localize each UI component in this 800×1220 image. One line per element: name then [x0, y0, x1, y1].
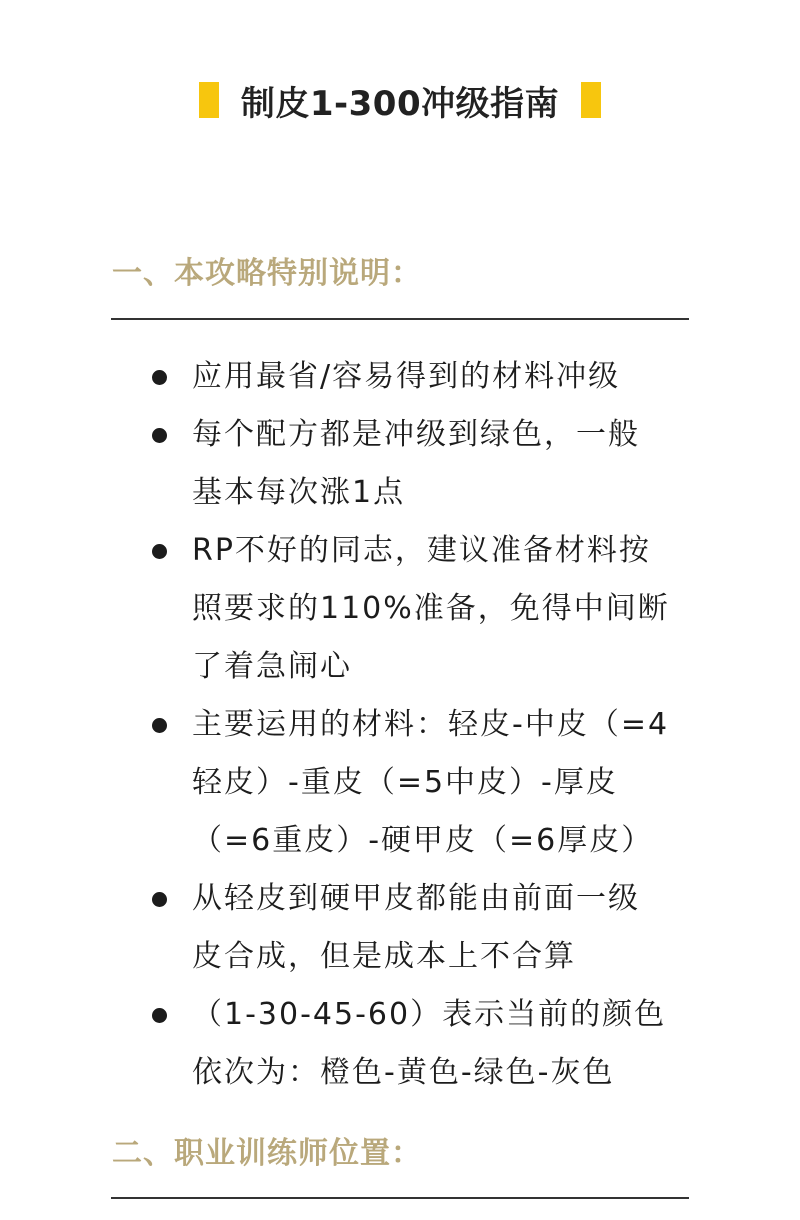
bullet-icon — [152, 718, 167, 733]
list-item: 每个配方都是冲级到绿色，一般 基本每次涨1点 — [150, 406, 710, 522]
section-divider-1 — [111, 318, 689, 320]
list-item-text: 基本每次涨1点 — [192, 464, 710, 522]
list-item-text: 应用最省/容易得到的材料冲级 — [192, 348, 710, 406]
list-item-text: 照要求的110%准备，免得中间断 — [192, 580, 710, 638]
page-title: 制皮1-300冲级指南 — [241, 76, 559, 125]
list-item: 主要运用的材料：轻皮-中皮（=4 轻皮）-重皮（=5中皮）-厚皮 （=6重皮）-… — [150, 696, 710, 870]
list-item-text: RP不好的同志，建议准备材料按 — [192, 522, 710, 580]
list-item-text: 从轻皮到硬甲皮都能由前面一级 — [192, 870, 710, 928]
list-item: 应用最省/容易得到的材料冲级 — [150, 348, 710, 406]
title-right-accent-bar — [581, 82, 601, 118]
list-item-text: 依次为：橙色-黄色-绿色-灰色 — [192, 1044, 710, 1102]
bullet-icon — [152, 428, 167, 443]
bullet-icon — [152, 892, 167, 907]
page-title-row: 制皮1-300冲级指南 — [0, 72, 800, 128]
list-item: （1-30-45-60）表示当前的颜色 依次为：橙色-黄色-绿色-灰色 — [150, 986, 710, 1102]
list-item-text: 每个配方都是冲级到绿色，一般 — [192, 406, 710, 464]
list-item-text: 了着急闹心 — [192, 638, 710, 696]
bullet-icon — [152, 370, 167, 385]
list-item-text: （1-30-45-60）表示当前的颜色 — [192, 986, 710, 1044]
bullet-icon — [152, 544, 167, 559]
notes-list: 应用最省/容易得到的材料冲级 每个配方都是冲级到绿色，一般 基本每次涨1点 RP… — [150, 348, 710, 1102]
list-item-text: 轻皮）-重皮（=5中皮）-厚皮 — [192, 754, 710, 812]
bullet-icon — [152, 1008, 167, 1023]
list-item-text: 皮合成，但是成本上不合算 — [192, 928, 710, 986]
section-heading-1: 一、本攻略特别说明： — [112, 248, 422, 292]
list-item-text: （=6重皮）-硬甲皮（=6厚皮） — [192, 812, 710, 870]
section-heading-2: 二、职业训练师位置： — [112, 1128, 422, 1172]
section-divider-2 — [111, 1197, 689, 1199]
title-left-accent-bar — [199, 82, 219, 118]
list-item: RP不好的同志，建议准备材料按 照要求的110%准备，免得中间断 了着急闹心 — [150, 522, 710, 696]
list-item: 从轻皮到硬甲皮都能由前面一级 皮合成，但是成本上不合算 — [150, 870, 710, 986]
list-item-text: 主要运用的材料：轻皮-中皮（=4 — [192, 696, 710, 754]
